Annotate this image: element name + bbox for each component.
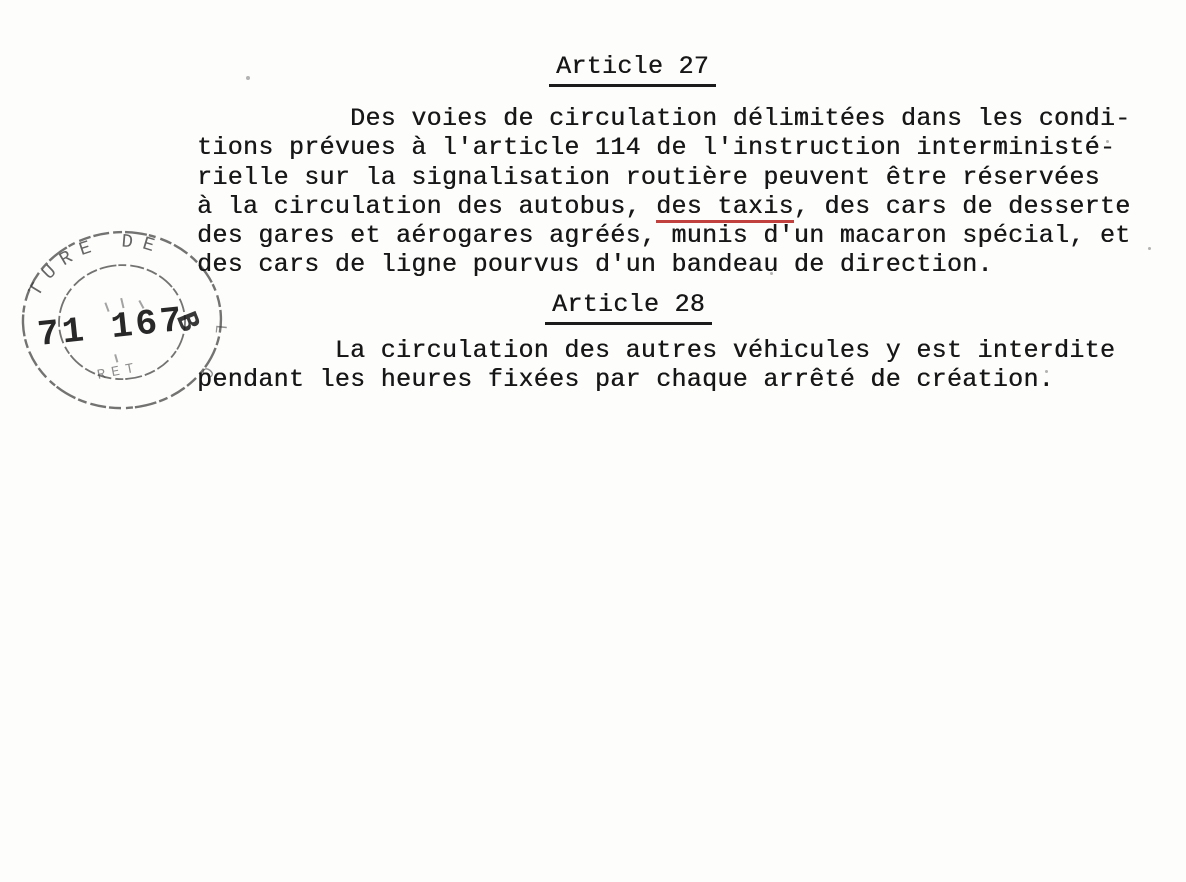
text-line: rielle sur la signalisation routière peu… <box>197 163 1130 192</box>
article-27-heading: Article 27 <box>556 52 716 87</box>
stamp-inner-ring <box>57 263 187 381</box>
text-line: à la circulation des autobus, des taxis,… <box>197 192 1130 221</box>
text-segment: pendant les heures fixées par chaque arr… <box>197 365 1054 394</box>
text-line: tions prévues à l'article 114 de l'instr… <box>197 133 1130 162</box>
text-line: Des voies de circulation délimitées dans… <box>197 104 1130 133</box>
stamp-ink-ticks <box>105 297 145 362</box>
text-segment: La circulation des autres véhicules y es… <box>197 336 1115 365</box>
scan-speck <box>246 76 250 80</box>
stamp-arc-top-text: TURE DE <box>23 229 168 301</box>
document-page: TURE DE L C 71 167 B RET Article 27 Des … <box>0 0 1186 882</box>
stamp-inner-bottom-text: RET <box>96 360 141 384</box>
text-line: La circulation des autres véhicules y es… <box>197 336 1115 365</box>
text-segment: à la circulation des autobus, <box>197 192 656 221</box>
text-line: des cars de ligne pourvus d'un bandeau d… <box>197 250 1130 279</box>
stamp-blob-glyph: B <box>167 307 205 336</box>
scan-speck <box>770 272 773 275</box>
stamp-outer-ring <box>20 229 224 412</box>
text-segment: tions prévues à l'article 114 de l'instr… <box>197 133 1115 162</box>
text-segment: rielle sur la signalisation routière peu… <box>197 163 1100 192</box>
scan-speck <box>1106 140 1109 143</box>
article-27-paragraph: Des voies de circulation délimitées dans… <box>197 104 1130 280</box>
red-underlined-text: des taxis <box>656 194 794 223</box>
text-segment: des gares et aérogares agréés, munis d'u… <box>197 221 1130 250</box>
scan-speck <box>1148 247 1151 250</box>
article-27-title: Article 27 <box>549 52 716 87</box>
text-segment: Des voies de circulation délimitées dans… <box>197 104 1130 133</box>
article-28-paragraph: La circulation des autres véhicules y es… <box>197 336 1115 395</box>
text-line: des gares et aérogares agréés, munis d'u… <box>197 221 1130 250</box>
stamp-number: 71 167 <box>36 300 187 356</box>
scan-speck <box>1045 370 1048 373</box>
text-segment: des cars de ligne pourvus d'un bandeau d… <box>197 250 993 279</box>
text-line: pendant les heures fixées par chaque arr… <box>197 365 1115 394</box>
article-28-heading: Article 28 <box>552 290 712 325</box>
text-segment: , des cars de desserte <box>794 192 1131 221</box>
article-28-title: Article 28 <box>545 290 712 325</box>
